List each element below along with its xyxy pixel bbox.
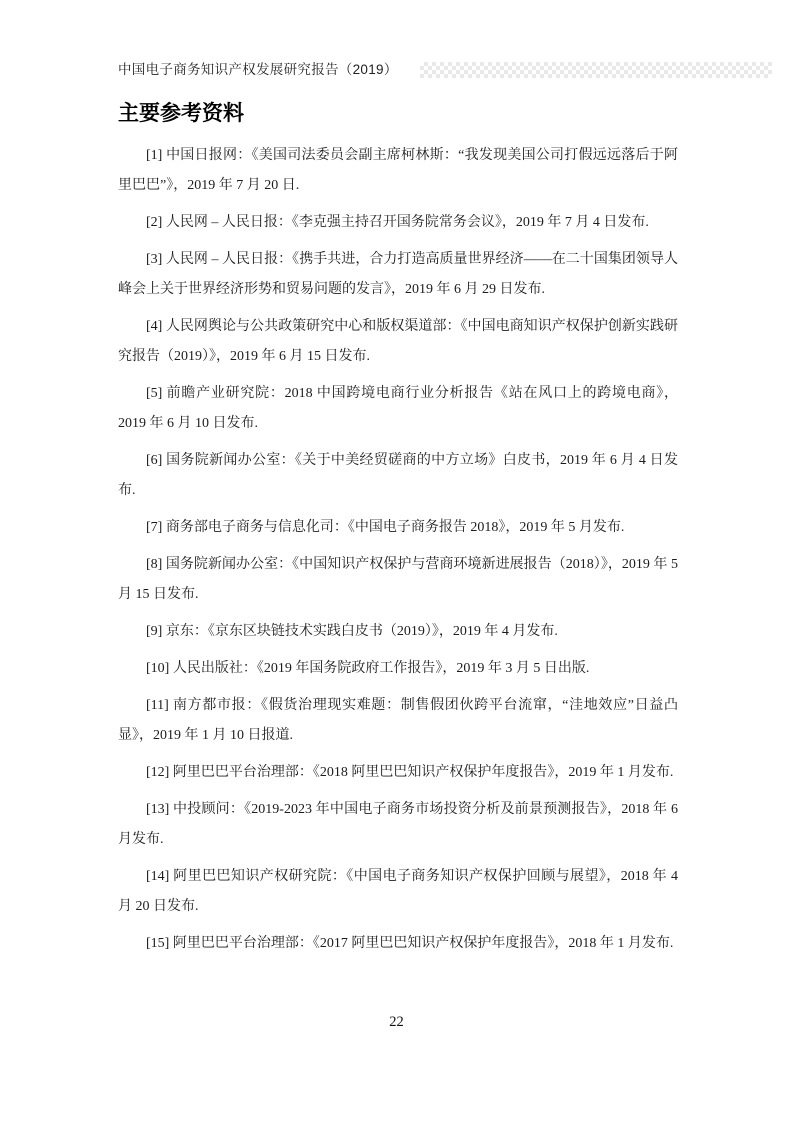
reference-item: [12] 阿里巴巴平台治理部：《2018 阿里巴巴知识产权保护年度报告》，201…: [118, 758, 678, 788]
reference-item: [15] 阿里巴巴平台治理部：《2017 阿里巴巴知识产权保护年度报告》，201…: [118, 929, 678, 959]
page-title: 主要参考资料: [118, 100, 244, 128]
reference-item: [7] 商务部电子商务与信息化司：《中国电子商务报告 2018》，2019 年 …: [118, 513, 678, 543]
reference-item: [2] 人民网 – 人民日报：《李克强主持召开国务院常务会议》，2019 年 7…: [118, 208, 678, 238]
page-number: 22: [0, 1014, 793, 1031]
reference-item: [9] 京东：《京东区块链技术实践白皮书（2019）》，2019 年 4 月发布…: [118, 617, 678, 647]
document-page: 中国电子商务知识产权发展研究报告（2019） 主要参考资料 [1] 中国日报网：…: [0, 0, 793, 1122]
reference-item: [6] 国务院新闻办公室：《关于中美经贸磋商的中方立场》白皮书，2019 年 6…: [118, 446, 678, 506]
reference-item: [14] 阿里巴巴知识产权研究院：《中国电子商务知识产权保护回顾与展望》，201…: [118, 862, 678, 922]
header-decoration-bar: [420, 62, 772, 78]
reference-item: [5] 前瞻产业研究院：2018 中国跨境电商行业分析报告《站在风口上的跨境电商…: [118, 379, 678, 439]
reference-item: [11] 南方都市报：《假货治理现实难题：制售假团伙跨平台流窜，“洼地效应”日益…: [118, 691, 678, 751]
running-header-title: 中国电子商务知识产权发展研究报告（2019）: [118, 61, 398, 79]
references-list: [1] 中国日报网：《美国司法委员会副主席柯林斯：“我发现美国公司打假远远落后于…: [118, 141, 678, 966]
reference-item: [3] 人民网 – 人民日报：《携手共进，合力打造高质量世界经济——在二十国集团…: [118, 245, 678, 305]
reference-item: [8] 国务院新闻办公室：《中国知识产权保护与营商环境新进展报告（2018）》，…: [118, 550, 678, 610]
reference-item: [13] 中投顾问：《2019-2023 年中国电子商务市场投资分析及前景预测报…: [118, 795, 678, 855]
reference-item: [4] 人民网舆论与公共政策研究中心和版权渠道部：《中国电商知识产权保护创新实践…: [118, 312, 678, 372]
reference-item: [10] 人民出版社：《2019 年国务院政府工作报告》，2019 年 3 月 …: [118, 654, 678, 684]
reference-item: [1] 中国日报网：《美国司法委员会副主席柯林斯：“我发现美国公司打假远远落后于…: [118, 141, 678, 201]
